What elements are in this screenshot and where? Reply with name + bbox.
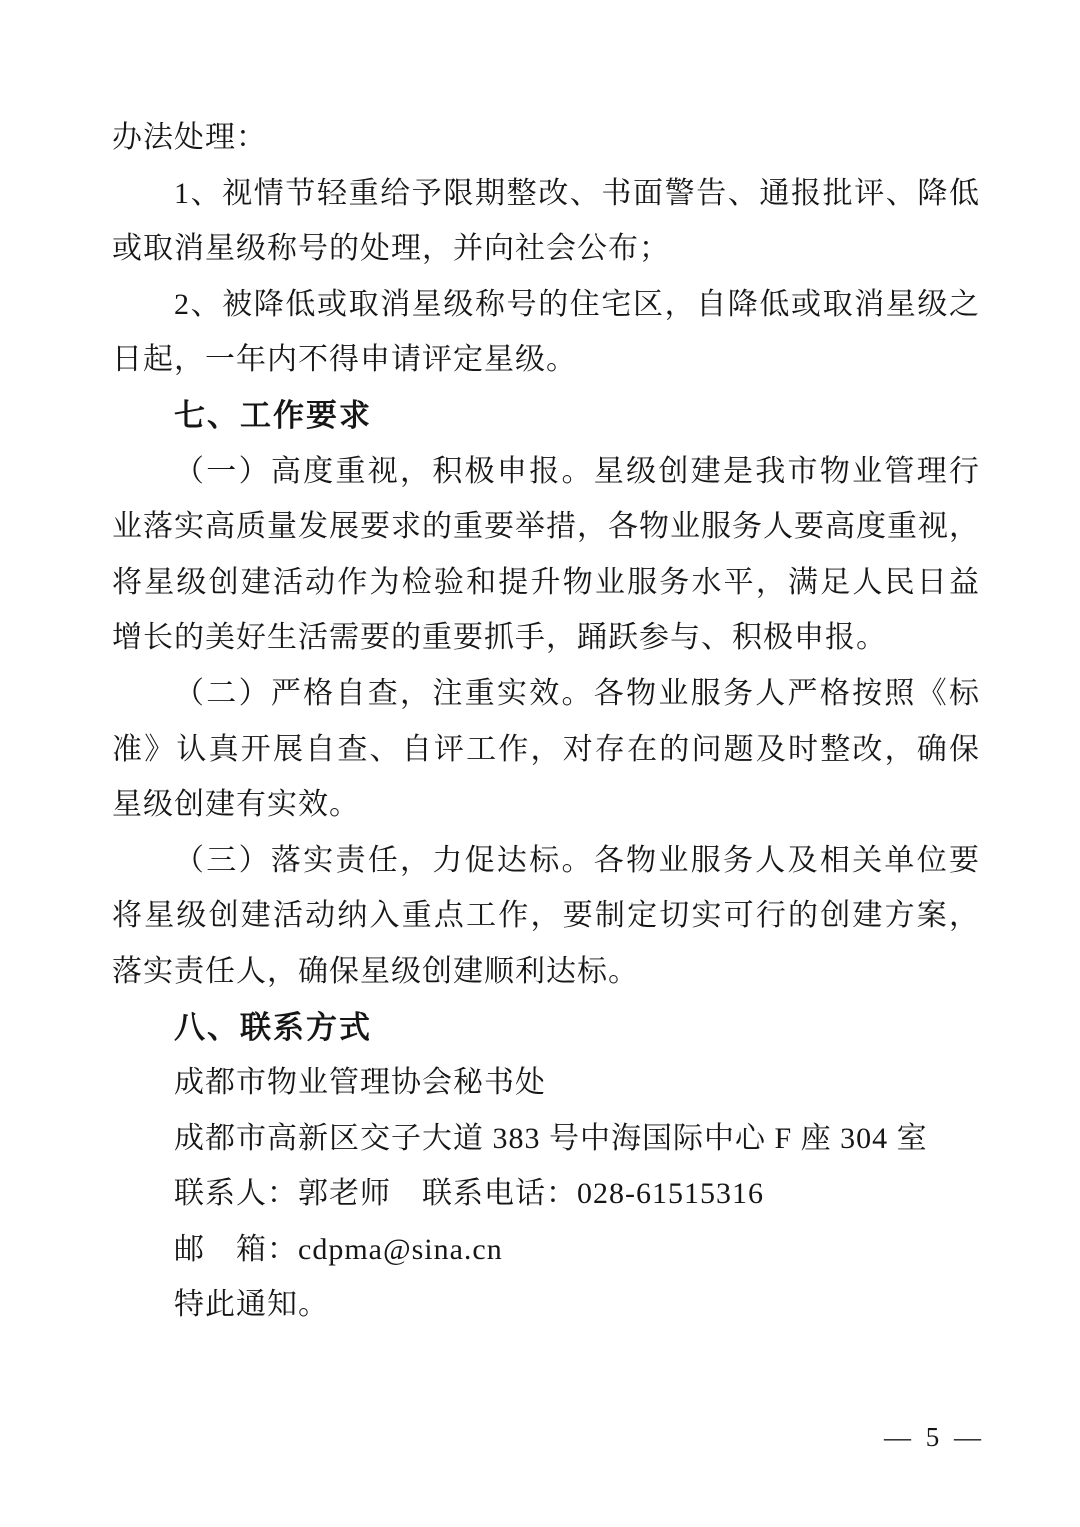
- paragraph-line: 日起，一年内不得申请评定星级。: [112, 332, 980, 388]
- paragraph-line: 业落实高质量发展要求的重要举措，各物业服务人要高度重视，: [112, 499, 980, 555]
- paragraph-line: 落实责任人，确保星级创建顺利达标。: [112, 944, 980, 1000]
- contact-org-line: 成都市物业管理协会秘书处: [112, 1055, 980, 1111]
- document-body: 办法处理： 1、视情节轻重给予限期整改、书面警告、通报批评、降低 或取消星级称号…: [112, 110, 980, 1333]
- paragraph-line: 准》认真开展自查、自评工作，对存在的问题及时整改，确保: [112, 722, 980, 778]
- closing-line: 特此通知。: [112, 1277, 980, 1333]
- paragraph-line: 将星级创建活动作为检验和提升物业服务水平，满足人民日益: [112, 555, 980, 611]
- paragraph-line: （一）高度重视，积极申报。星级创建是我市物业管理行: [112, 444, 980, 500]
- contact-address-line: 成都市高新区交子大道 383 号中海国际中心 F 座 304 室: [112, 1111, 980, 1167]
- paragraph-line: 2、被降低或取消星级称号的住宅区，自降低或取消星级之: [112, 277, 980, 333]
- paragraph-line: 办法处理：: [112, 110, 980, 166]
- contact-person-phone-line: 联系人：郭老师 联系电话：028-61515316: [112, 1166, 980, 1222]
- section-heading-contact: 八、联系方式: [112, 1000, 980, 1056]
- paragraph-line: 1、视情节轻重给予限期整改、书面警告、通报批评、降低: [112, 166, 980, 222]
- paragraph-line: 将星级创建活动纳入重点工作，要制定切实可行的创建方案，: [112, 888, 980, 944]
- document-page: 办法处理： 1、视情节轻重给予限期整改、书面警告、通报批评、降低 或取消星级称号…: [0, 0, 1080, 1527]
- paragraph-line: 星级创建有实效。: [112, 777, 980, 833]
- paragraph-line: 或取消星级称号的处理，并向社会公布；: [112, 221, 980, 277]
- page-number: — 5 —: [884, 1422, 985, 1452]
- paragraph-line: 增长的美好生活需要的重要抓手，踊跃参与、积极申报。: [112, 610, 980, 666]
- section-heading-work-requirements: 七、工作要求: [112, 388, 980, 444]
- contact-email-line: 邮 箱：cdpma@sina.cn: [112, 1222, 980, 1278]
- page-footer: — 5 —: [884, 1422, 985, 1453]
- paragraph-line: （二）严格自查，注重实效。各物业服务人严格按照《标: [112, 666, 980, 722]
- paragraph-line: （三）落实责任，力促达标。各物业服务人及相关单位要: [112, 833, 980, 889]
